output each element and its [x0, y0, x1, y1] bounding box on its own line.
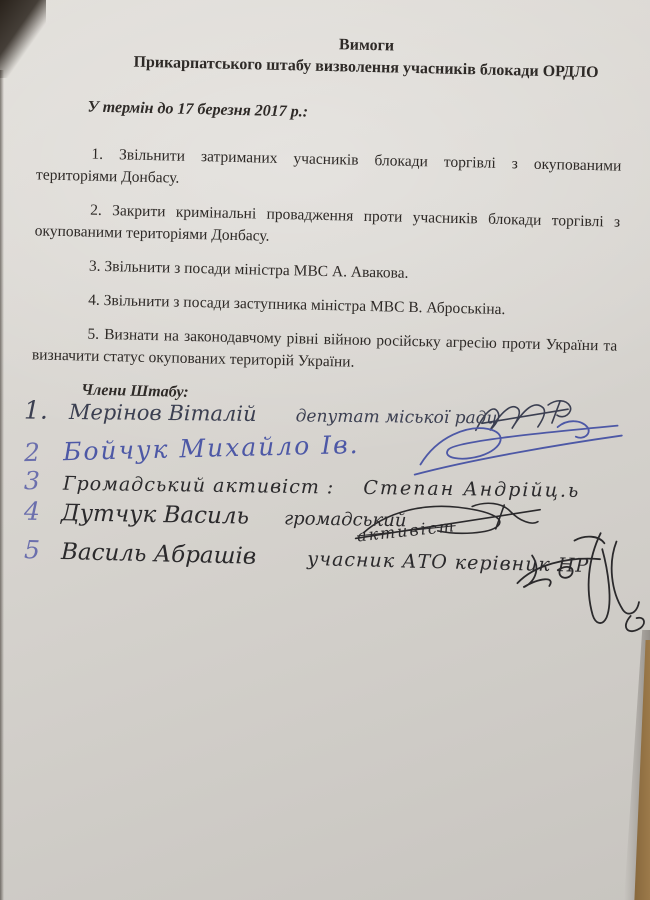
members-heading: Члени Штабу:: [81, 380, 616, 412]
demand-item-2: 2. Закрити кримінальні провадження проти…: [35, 198, 621, 255]
signatory-row-3: 3 Громадський активіст : Степан Андрійц.…: [24, 466, 581, 503]
signatory-note: громадський: [284, 508, 407, 531]
paper-edge-left-shadow: [0, 70, 4, 900]
signatory-note-struck: активіст: [356, 516, 457, 545]
signatory-name: Громадський активіст :: [63, 473, 335, 499]
document-photo: Вимоги Прикарпатського штабу визволення …: [0, 0, 650, 900]
signatory-note: учасник АТО керівник НР: [307, 548, 589, 577]
signatory-name: Василь Абрашів: [61, 539, 257, 570]
signatory-number: 3: [24, 466, 40, 495]
signatory-number: 2: [24, 438, 41, 467]
signatory-name: Бойчук Михайло Ів.: [63, 430, 360, 466]
deadline-line: У термін до 17 березня 2017 р.:: [87, 98, 622, 130]
demand-item-4: 4. Звільнити з посади заступника міністр…: [33, 288, 618, 323]
signatory-number: 5: [24, 535, 41, 564]
demand-item-1: 1. Звільнити затриманих учасників блокад…: [36, 142, 622, 199]
signatory-row-2: 2 Бойчук Михайло Ів.: [24, 430, 365, 467]
corner-shadow-top-left: [0, 0, 46, 78]
typed-text-block: Вимоги Прикарпатського штабу визволення …: [0, 0, 650, 413]
signatory-note: Степан Андрійц.ь: [363, 477, 580, 502]
signature-2: [411, 415, 627, 478]
signatory-row-4: 4 Дутчук Василь громадський активіст: [24, 497, 407, 533]
demand-item-3: 3. Звільнити з посади міністра МВС А. Ав…: [34, 254, 619, 289]
signatory-note: депутат міської ради: [296, 406, 498, 428]
signature-4: [353, 496, 544, 549]
signatory-name: Дутчук Василь: [61, 500, 249, 529]
signatory-name: Мерінов Віталій: [69, 400, 257, 426]
demand-item-5: 5. Визнати на законодавчому рівні війною…: [32, 322, 618, 379]
signature-5: [502, 525, 650, 639]
signatory-row-5: 5 Василь Абрашів учасник АТО керівник НР: [24, 535, 590, 578]
signatory-number: 1.: [24, 396, 48, 425]
signatory-number: 4: [24, 497, 40, 526]
